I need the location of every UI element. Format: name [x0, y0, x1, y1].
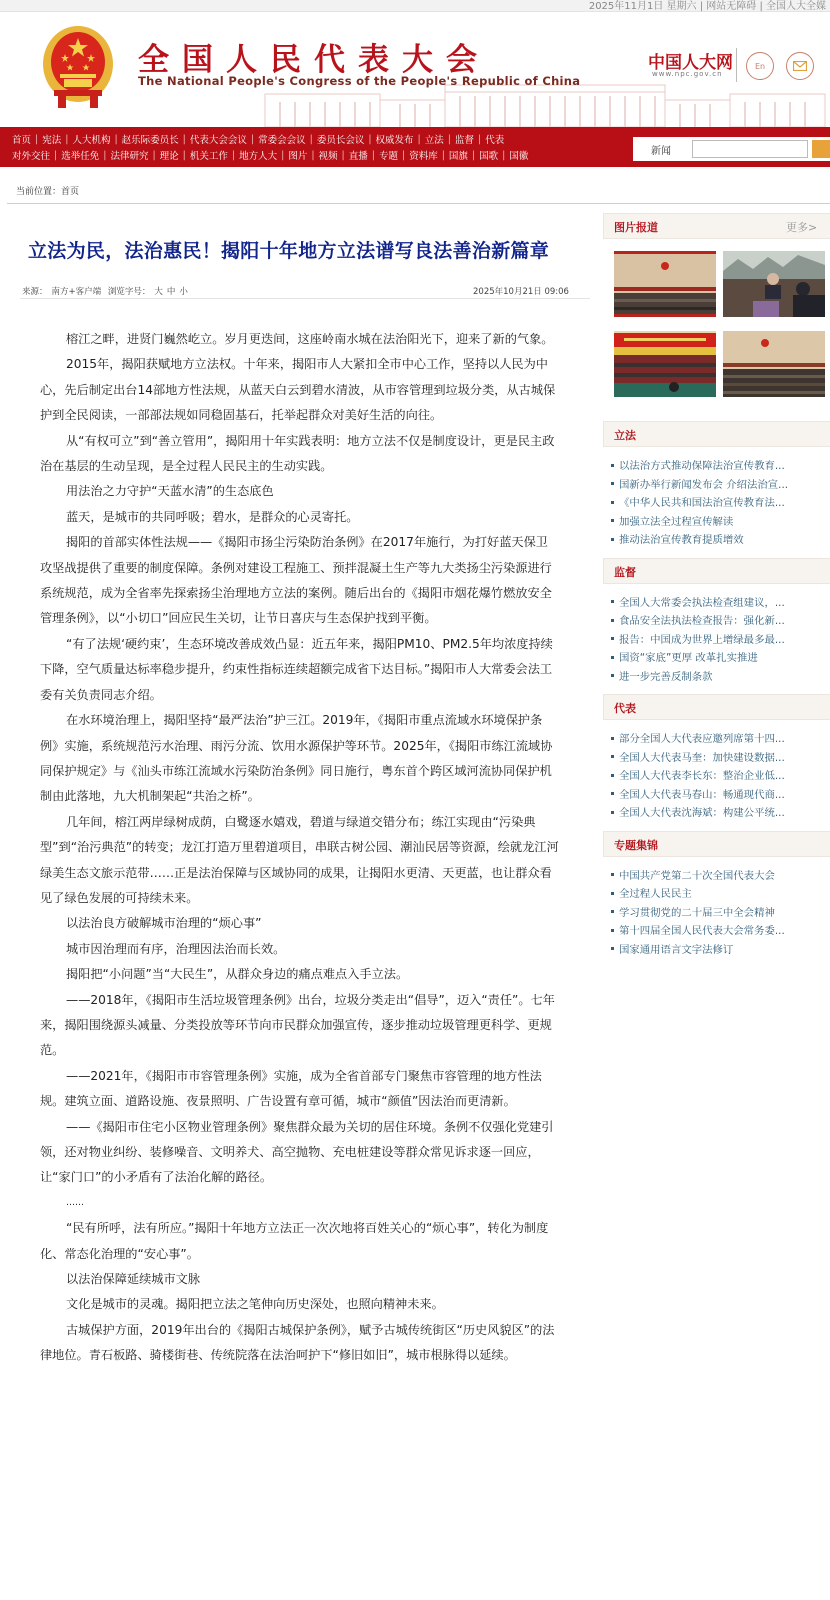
source-value: 南方+客户端 — [52, 287, 102, 297]
article-title: 立法为民，法治惠民！揭阳十年地方立法谱写良法善治新篇章 — [28, 236, 549, 263]
breadcrumb-home-link[interactable]: 首页 — [61, 187, 79, 197]
font-size-large[interactable]: 大 — [154, 287, 163, 297]
nav-row-2: 对外交往| 选举任免| 法律研究| 理论| 机关工作| 地方人大| 图片| 视频… — [12, 147, 612, 163]
breadcrumb: 当前位置：首页 — [16, 184, 79, 197]
breadcrumb-divider — [7, 203, 830, 204]
paragraph: 揭阳的首部实体性法规——《揭阳市扬尘污染防治条例》在2017年施行，为打好蓝天保… — [40, 530, 560, 632]
list-item[interactable]: 部分全国人大代表应邀列席第十四... — [611, 730, 830, 749]
paragraph: 文化是城市的灵魂。揭阳把立法之笔伸向历史深处，也照向精神未来。 — [40, 1292, 560, 1317]
nav-item-theory[interactable]: 理论 — [160, 148, 179, 162]
list-item[interactable]: 全过程人民民主 — [611, 885, 830, 904]
nav-item-congress-sessions[interactable]: 代表大会会议 — [190, 132, 247, 146]
list-item[interactable]: 全国人大代表马奎：加快建设数据... — [611, 749, 830, 768]
supervision-header: 监督 — [603, 558, 830, 584]
site-subtitle: The National People's Congress of the Pe… — [138, 74, 580, 88]
nav-item-supervision[interactable]: 监督 — [455, 132, 474, 146]
deputies-header: 代表 — [603, 694, 830, 720]
nav-item-elections[interactable]: 选举任免 — [61, 148, 99, 162]
paragraph: 蓝天，是城市的共同呼吸；碧水，是群众的心灵寄托。 — [40, 505, 560, 530]
list-item[interactable]: 全国人大代表李长东：整治企业低... — [611, 767, 830, 786]
nav-item-database[interactable]: 资料库 — [409, 148, 438, 162]
list-item[interactable]: 《中华人民共和国法治宣传教育法... — [611, 494, 830, 513]
english-button[interactable]: En — [746, 52, 774, 80]
mail-icon — [793, 61, 807, 71]
sidebar: 图片报道 更多> — [603, 213, 830, 967]
paragraph: 从“有权可立”到“善立管用”，揭阳用十年实践表明：地方立法不仅是制度设计，更是民… — [40, 429, 560, 480]
deputies-list: 部分全国人大代表应邀列席第十四... 全国人大代表马奎：加快建设数据... 全国… — [603, 720, 830, 831]
list-item[interactable]: 进一步完善反制条款 — [611, 668, 830, 687]
search-input[interactable] — [692, 140, 808, 158]
list-item[interactable]: 全国人大代表马春山：畅通现代商... — [611, 786, 830, 805]
nav-item-law-research[interactable]: 法律研究 — [110, 148, 148, 162]
source-label: 来源： — [22, 287, 48, 297]
nav-item-legislation[interactable]: 立法 — [425, 132, 444, 146]
paragraph: ——2018年，《揭阳市生活垃圾管理条例》出台，垃圾分类走出“倡导”，迈入“责任… — [40, 988, 560, 1064]
list-item[interactable]: 全国人大代表沈海斌：构建公平统... — [611, 804, 830, 823]
nav-item-releases[interactable]: 权威发布 — [376, 132, 414, 146]
paragraph: 几年间，榕江两岸绿树成荫，白鹭逐水嬉戏，碧道与绿道交错分布；练江实现由“污染典型… — [40, 810, 560, 912]
paragraph: “民有所呼，法有所应。”揭阳十年地方立法正一次次地将百姓关心的“烦心事”，转化为… — [40, 1216, 560, 1267]
photo-thumbnail[interactable] — [723, 251, 825, 317]
list-item[interactable]: 中国共产党第二十次全国代表大会 — [611, 867, 830, 886]
search-button[interactable] — [812, 140, 830, 158]
font-size-medium[interactable]: 中 — [167, 287, 176, 297]
more-link[interactable]: 更多> — [786, 219, 817, 235]
nav-item-video[interactable]: 视频 — [319, 148, 338, 162]
paragraph: 城市因治理而有序，治理因法治而长效。 — [40, 937, 560, 962]
list-item[interactable]: 国家通用语言文字法修订 — [611, 941, 830, 960]
topics-list: 中国共产党第二十次全国代表大会 全过程人民民主 学习贯彻党的二十届三中全会精神 … — [603, 857, 830, 968]
paragraph: 2015年，揭阳获赋地方立法权。十年来，揭阳市人大紧扣全市中心工作，坚持以人民为… — [40, 352, 560, 428]
photo-thumbnail[interactable] — [614, 331, 716, 397]
nav-item-deputies[interactable]: 代表 — [485, 132, 504, 146]
list-item[interactable]: 学习贯彻党的二十届三中全会精神 — [611, 904, 830, 923]
deputies-title[interactable]: 代表 — [614, 700, 636, 716]
paragraph: 在水环境治理上，揭阳坚持“最严法治”护三江。2019年，《揭阳市重点流域水环境保… — [40, 708, 560, 810]
english-label: En — [755, 62, 765, 71]
nav-item-constitution[interactable]: 宪法 — [42, 132, 61, 146]
list-item[interactable]: 推动法治宣传教育提质增效 — [611, 531, 830, 550]
photo-report-title[interactable]: 图片报道 — [614, 219, 658, 235]
font-size-small[interactable]: 小 — [179, 287, 188, 297]
logo-divider — [736, 48, 737, 82]
nav-item-foreign[interactable]: 对外交往 — [12, 148, 50, 162]
font-size-label: 浏览字号： — [108, 287, 151, 297]
list-item[interactable]: 食品安全法执法检查报告：强化新... — [611, 612, 830, 631]
breadcrumb-label: 当前位置： — [16, 187, 61, 197]
topics-header: 专题集锦 — [603, 831, 830, 857]
list-item[interactable]: 以法治方式推动保障法治宣传教育... — [611, 457, 830, 476]
nav-item-topics[interactable]: 专题 — [379, 148, 398, 162]
search-category-select[interactable]: 新闻 — [651, 142, 671, 157]
nav-item-emblem[interactable]: 国徽 — [509, 148, 528, 162]
great-hall-illustration — [260, 82, 830, 127]
nav-item-home[interactable]: 首页 — [12, 132, 31, 146]
nav-item-photos[interactable]: 图片 — [288, 148, 307, 162]
mail-button[interactable] — [786, 52, 814, 80]
nav-row-1: 首页| 宪法| 人大机构| 赵乐际委员长| 代表大会会议| 常委会会议| 委员长… — [12, 131, 612, 147]
section-heading: 以法治保障延续城市文脉 — [40, 1267, 560, 1292]
paragraph: 榕江之畔，进贤门巍然屹立。岁月更迭间，这座岭南水城在法治阳光下，迎来了新的气象。 — [40, 327, 560, 352]
national-emblem-icon — [40, 24, 116, 110]
site-title: 全国人民代表大会 — [138, 34, 490, 79]
paragraph: ——《揭阳市住宅小区物业管理条例》聚焦群众最为关切的居住环境。条例不仅强化党建引… — [40, 1115, 560, 1191]
article-body: 榕江之畔，进贤门巍然屹立。岁月更迭间，这座岭南水城在法治阳光下，迎来了新的气象。… — [40, 327, 560, 1369]
paragraph: 揭阳把“小问题”当“大民生”，从群众身边的痛点难点入手立法。 — [40, 962, 560, 987]
paragraph: ——2021年，《揭阳市市容管理条例》实施，成为全省首部专门聚焦市容管理的地方性… — [40, 1064, 560, 1115]
nav-item-local-npc[interactable]: 地方人大 — [239, 148, 277, 162]
list-item[interactable]: 国新办举行新闻发布会 介绍法治宣... — [611, 476, 830, 495]
section-heading: 以法治良方破解城市治理的“烦心事” — [40, 911, 560, 936]
list-item[interactable]: 加强立法全过程宣传解读 — [611, 513, 830, 532]
supervision-title[interactable]: 监督 — [614, 564, 636, 580]
list-item[interactable]: 全国人大常委会执法检查组建议，... — [611, 594, 830, 613]
nav-item-standing-committee[interactable]: 常委会会议 — [258, 132, 306, 146]
article-date: 2025年10月21日 09:06 — [473, 285, 569, 297]
nav-item-chairmen-council[interactable]: 委员长会议 — [317, 132, 365, 146]
nav-item-anthem[interactable]: 国歌 — [479, 148, 498, 162]
search-box: 新闻 — [633, 137, 830, 161]
photo-thumbnail[interactable] — [614, 251, 716, 317]
photo-report-header: 图片报道 更多> — [603, 213, 830, 239]
npc-url: www.npc.gov.cn — [652, 70, 723, 78]
supervision-list: 全国人大常委会执法检查组建议，... 食品安全法执法检查报告：强化新... 报告… — [603, 584, 830, 695]
legislation-title[interactable]: 立法 — [614, 427, 636, 443]
top-info-bar: 2025年11月1日 星期六 | 网站无障碍 | 全国人大全媒 — [0, 0, 830, 12]
nav-item-chairman[interactable]: 赵乐际委员长 — [122, 132, 179, 146]
nav-item-npc-organs[interactable]: 人大机构 — [72, 132, 110, 146]
list-item[interactable]: 国资“家底”更厚 改革扎实推进 — [611, 649, 830, 668]
legislation-list: 以法治方式推动保障法治宣传教育... 国新办举行新闻发布会 介绍法治宣... 《… — [603, 447, 830, 558]
article-meta: 来源：南方+客户端 浏览字号：大中小 — [22, 285, 192, 297]
photo-grid — [603, 239, 830, 421]
legislation-header: 立法 — [603, 421, 830, 447]
main-nav: 首页| 宪法| 人大机构| 赵乐际委员长| 代表大会会议| 常委会会议| 委员长… — [0, 127, 830, 167]
nav-item-live[interactable]: 直播 — [349, 148, 368, 162]
paragraph: “有了法规‘硬约束’，生态环境改善成效凸显：近五年来，揭阳PM10、PM2.5年… — [40, 632, 560, 708]
topics-title[interactable]: 专题集锦 — [614, 837, 658, 853]
top-info-text: 2025年11月1日 星期六 | 网站无障碍 | 全国人大全媒 — [589, 0, 826, 12]
photo-thumbnail[interactable] — [723, 331, 825, 397]
list-item[interactable]: 第十四届全国人民代表大会常务委... — [611, 922, 830, 941]
nav-item-office-work[interactable]: 机关工作 — [190, 148, 228, 162]
ellipsis: …… — [40, 1191, 560, 1216]
site-header: 全国人民代表大会 The National People's Congress … — [0, 12, 830, 127]
meta-divider — [20, 298, 590, 299]
paragraph: 古城保护方面，2019年出台的《揭阳古城保护条例》，赋予古城传统街区“历史风貌区… — [40, 1318, 560, 1369]
list-item[interactable]: 报告：中国成为世界上增绿最多最... — [611, 631, 830, 650]
section-heading: 用法治之力守护“天蓝水清”的生态底色 — [40, 479, 560, 504]
nav-item-flag[interactable]: 国旗 — [449, 148, 468, 162]
